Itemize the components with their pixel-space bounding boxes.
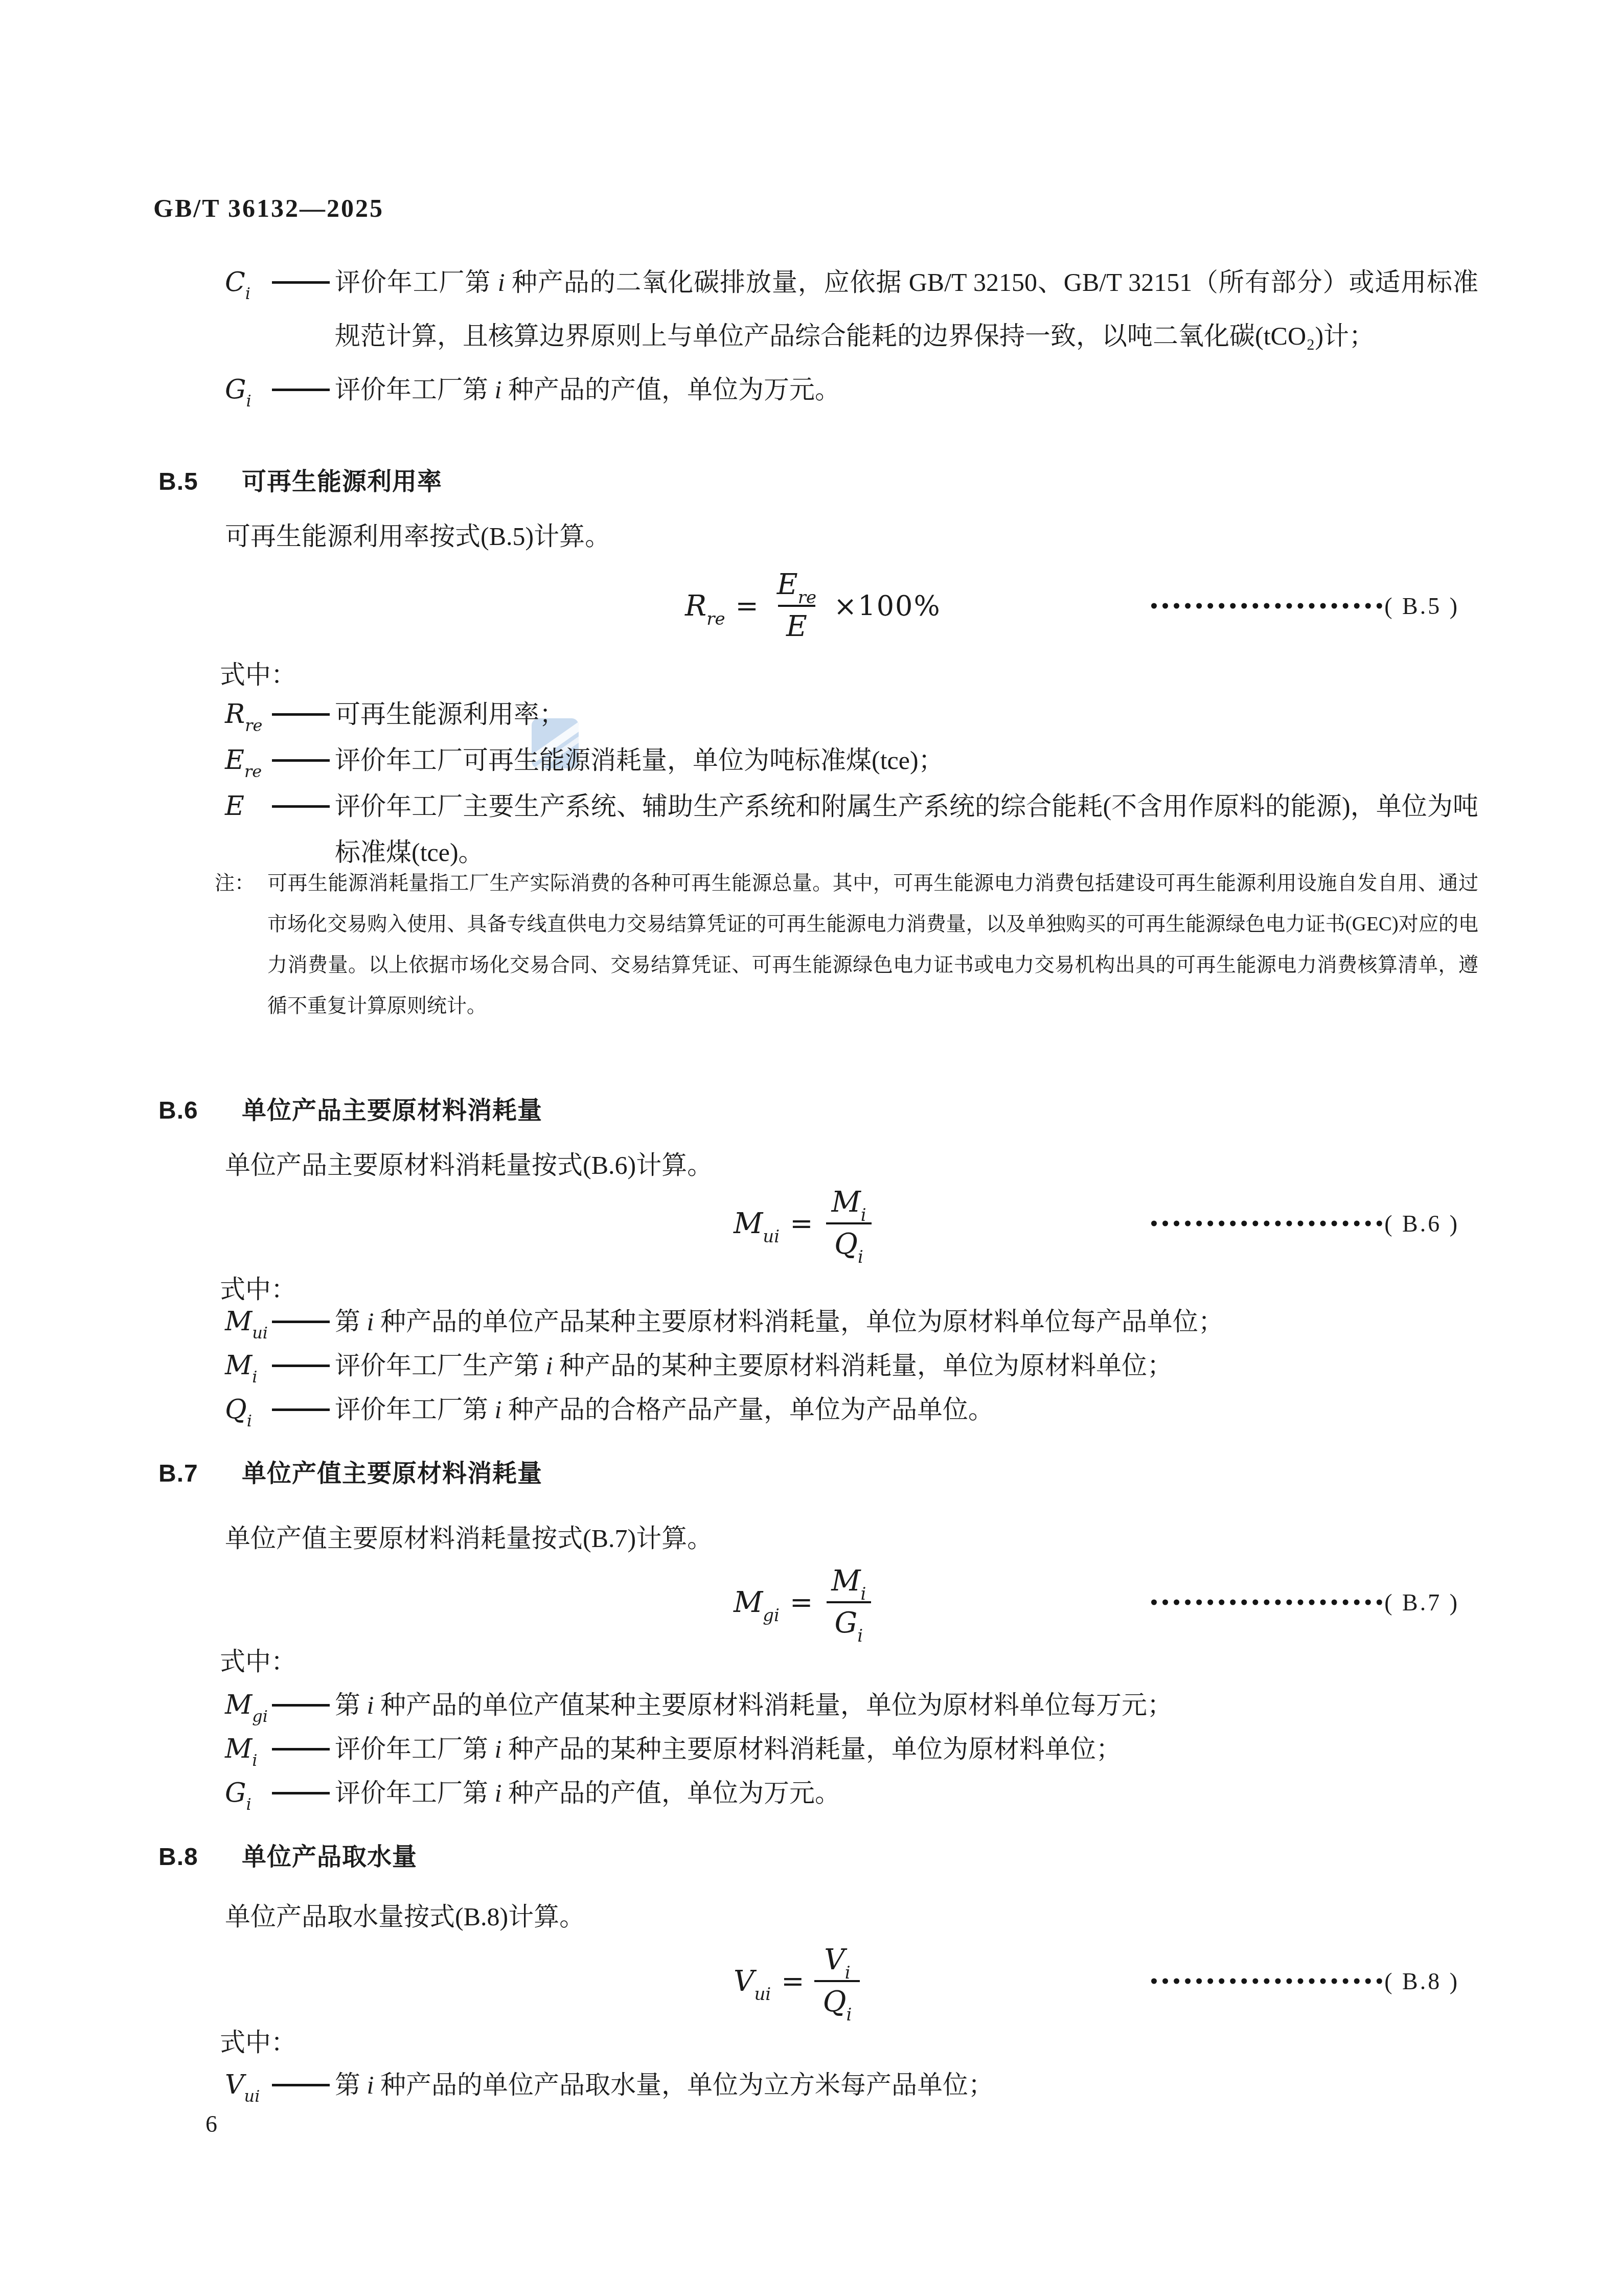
denominator: Gi [827,1601,872,1639]
formula: Rre = Ere E ×100% [685,569,941,643]
definition-list: Vui 第 i 种产品的单位产品取水量，单位为立方米每产品单位； [225,2063,1478,2107]
section-number: B.8 [158,1843,242,1872]
equals-sign: = [736,590,759,622]
formula-lhs: Mui [734,1207,780,1240]
term-subscript: i [252,1751,257,1770]
formula-number: ( B.5 ) [1384,593,1459,620]
page-number: 6 [205,2110,217,2138]
definition-list: Rre 可再生能源利用率； Ere 评价年工厂可再生能源消耗量，单位为吨标准煤(… [225,691,1478,875]
numerator: Mi [823,1187,874,1222]
term-symbol: Qi [225,1388,252,1431]
formula-leader: ( B.6 ) [1151,1210,1459,1237]
formula-leader: ( B.8 ) [1151,1968,1459,1995]
definition-text: 评价年工厂第 i 种产品的二氧化碳排放量，应依据 GB/T 32150、GB/T… [335,268,1478,350]
denominator: Qi [826,1222,872,1260]
definition-list: Mui 第 i 种产品的单位产品某种主要原材料消耗量，单位为原材料单位每产品单位… [225,1300,1478,1431]
definition-text: 评价年工厂可再生能源消耗量，单位为吨标准煤(tce)； [335,746,944,775]
dotted-leader [1151,1979,1382,1984]
term-subscript: i [247,1411,252,1430]
definition-list: Ci 评价年工厂第 i 种产品的二氧化碳排放量，应依据 GB/T 32150、G… [225,256,1478,417]
fraction: Vi Qi [814,1944,860,2018]
standard-number-header: GB/T 36132—2025 [153,193,384,223]
formula-row: Mui = Mi Qi ( B.6 ) [222,1180,1477,1267]
formula-lhs: Vui [734,1965,771,1998]
denominator: E [778,605,815,643]
formula-row: Rre = Ere E ×100% ( B.5 ) [222,562,1477,649]
section-intro: 单位产值主要原材料消耗量按式(B.7)计算。 [225,1522,1478,1554]
definition-item: Mui 第 i 种产品的单位产品某种主要原材料消耗量，单位为原材料单位每产品单位… [225,1300,1478,1344]
fraction: Mi Qi [823,1187,874,1260]
dotted-leader [1151,603,1382,609]
term-subscript: ui [244,2086,260,2106]
term-symbol: Gi [225,1771,252,1815]
definition-item: Rre 可再生能源利用率； [225,691,1478,737]
definition-item: Ere 评价年工厂可再生能源消耗量，单位为吨标准煤(tce)； [225,737,1478,783]
definition-dash [272,281,330,284]
term-symbol: Vui [225,2063,260,2107]
definition-item: Gi 评价年工厂第 i 种产品的产值，单位为万元。 [225,1771,1478,1815]
term-symbol: Rre [225,691,262,737]
term-symbol: Mui [225,1300,268,1344]
definition-text: 评价年工厂第 i 种产品的产值，单位为万元。 [335,1779,840,1807]
note: 注： 可再生能源消耗量指工厂生产实际消费的各种可再生能源总量。其中，可再生能源电… [215,863,1478,1027]
definition-text: 评价年工厂第 i 种产品的产值，单位为万元。 [335,375,840,404]
term-symbol: Gi [225,363,252,417]
document-page: GB/T 36132—2025 Ci 评价年工厂第 i 种产品的二氧化碳排放量，… [0,0,1623,2296]
numerator: Vi [816,1944,858,1980]
numerator: Mi [823,1565,874,1601]
section-heading: B.8单位产品取水量 [158,1843,417,1872]
term-symbol: E [225,783,244,829]
fraction: Mi Gi [823,1565,874,1639]
formula: Vui = Vi Qi [734,1944,860,2018]
definition-dash [272,805,330,808]
definition-item: E 评价年工厂主要生产系统、辅助生产系统和附属生产系统的综合能耗(不含用作原料的… [225,783,1478,875]
formula: Mgi = Mi Gi [734,1565,874,1639]
numerator: Ere [769,569,825,605]
formula-lhs: Rre [685,589,725,623]
formula-row: Mgi = Mi Gi ( B.7 ) [222,1559,1477,1646]
definition-text: 评价年工厂第 i 种产品的合格产品产量，单位为产品单位。 [335,1395,994,1424]
definition-text: 第 i 种产品的单位产值某种主要原材料消耗量，单位为原材料单位每万元； [335,1691,1173,1719]
equals-sign: = [790,1586,813,1619]
definition-dash [272,713,330,716]
definition-dash [272,1408,330,1411]
definition-item: Qi 评价年工厂第 i 种产品的合格产品产量，单位为产品单位。 [225,1388,1478,1431]
formula-suffix: ×100% [834,590,941,622]
definition-text: 第 i 种产品的单位产品某种主要原材料消耗量，单位为原材料单位每产品单位； [335,1307,1224,1336]
term-symbol: Mi [225,1727,257,1771]
definition-item: Mi 评价年工厂生产第 i 种产品的某种主要原材料消耗量，单位为原材料单位； [225,1344,1478,1388]
section-number: B.5 [158,468,242,496]
definition-list: Mgi 第 i 种产品的单位产值某种主要原材料消耗量，单位为原材料单位每万元； … [225,1683,1478,1815]
term-subscript: re [245,716,262,735]
term-subscript: i [245,284,250,303]
note-text: 可再生能源消耗量指工厂生产实际消费的各种可再生能源总量。其中，可再生能源电力消费… [267,872,1478,1017]
section-title: 单位产品主要原材料消耗量 [242,1097,542,1124]
term-subscript: re [244,762,262,781]
dotted-leader [1151,1600,1382,1605]
where-label: 式中： [220,2027,296,2058]
term-subscript: i [246,1794,252,1814]
term-symbol: Ci [225,256,250,309]
equals-sign: = [790,1208,813,1240]
formula-number: ( B.8 ) [1384,1968,1459,1995]
definition-dash [272,389,330,391]
equals-sign: = [781,1965,804,1997]
definition-dash [272,2084,330,2086]
section-heading: B.6单位产品主要原材料消耗量 [158,1097,542,1125]
section-title: 单位产值主要原材料消耗量 [242,1460,542,1487]
formula: Mui = Mi Qi [734,1187,875,1260]
note-label: 注： [215,863,255,904]
section-intro: 单位产品主要原材料消耗量按式(B.6)计算。 [225,1149,1478,1181]
section-intro: 可再生能源利用率按式(B.5)计算。 [225,520,1478,552]
dotted-leader [1151,1221,1382,1226]
definition-dash [272,1704,330,1707]
section-number: B.6 [158,1097,242,1125]
definition-text: 评价年工厂生产第 i 种产品的某种主要原材料消耗量，单位为原材料单位； [335,1351,1173,1380]
definition-text: 评价年工厂第 i 种产品的某种主要原材料消耗量，单位为原材料单位； [335,1735,1122,1763]
formula-leader: ( B.5 ) [1151,593,1459,620]
term-symbol: Mgi [225,1683,268,1727]
definition-item: Ci 评价年工厂第 i 种产品的二氧化碳排放量，应依据 GB/T 32150、G… [225,256,1478,363]
where-label: 式中： [220,1646,296,1677]
term-subscript: i [246,391,252,411]
fraction: Ere E [769,569,825,643]
definition-item: Gi 评价年工厂第 i 种产品的产值，单位为万元。 [225,363,1478,417]
term-symbol: Mi [225,1344,257,1388]
section-intro: 单位产品取水量按式(B.8)计算。 [225,1901,1478,1933]
definition-dash [272,759,330,762]
section-number: B.7 [158,1460,242,1488]
definition-item: Mgi 第 i 种产品的单位产值某种主要原材料消耗量，单位为原材料单位每万元； [225,1683,1478,1727]
definition-dash [272,1365,330,1367]
definition-text: 可再生能源利用率； [335,700,565,729]
definition-item: Mi 评价年工厂第 i 种产品的某种主要原材料消耗量，单位为原材料单位； [225,1727,1478,1771]
formula-lhs: Mgi [734,1586,780,1619]
section-title: 单位产品取水量 [242,1844,417,1871]
formula-leader: ( B.7 ) [1151,1589,1459,1616]
definition-text: 第 i 种产品的单位产品取水量，单位为立方米每产品单位； [335,2071,994,2099]
where-label: 式中： [220,660,296,690]
term-subscript: ui [252,1323,268,1343]
formula-row: Vui = Vi Qi ( B.8 ) [222,1938,1477,2025]
definition-text: 评价年工厂主要生产系统、辅助生产系统和附属生产系统的综合能耗(不含用作原料的能源… [335,792,1478,867]
section-heading: B.5可再生能源利用率 [158,468,442,496]
definition-dash [272,1748,330,1751]
term-symbol: Ere [225,737,262,783]
definition-dash [272,1792,330,1794]
term-subscript: gi [252,1707,268,1726]
formula-number: ( B.7 ) [1384,1589,1459,1616]
formula-number: ( B.6 ) [1384,1210,1459,1237]
term-subscript: i [252,1367,257,1386]
definition-item: Vui 第 i 种产品的单位产品取水量，单位为立方米每产品单位； [225,2063,1478,2107]
section-title: 可再生能源利用率 [242,468,442,495]
definition-dash [272,1321,330,1323]
denominator: Qi [814,1980,860,2018]
section-heading: B.7单位产值主要原材料消耗量 [158,1460,542,1488]
